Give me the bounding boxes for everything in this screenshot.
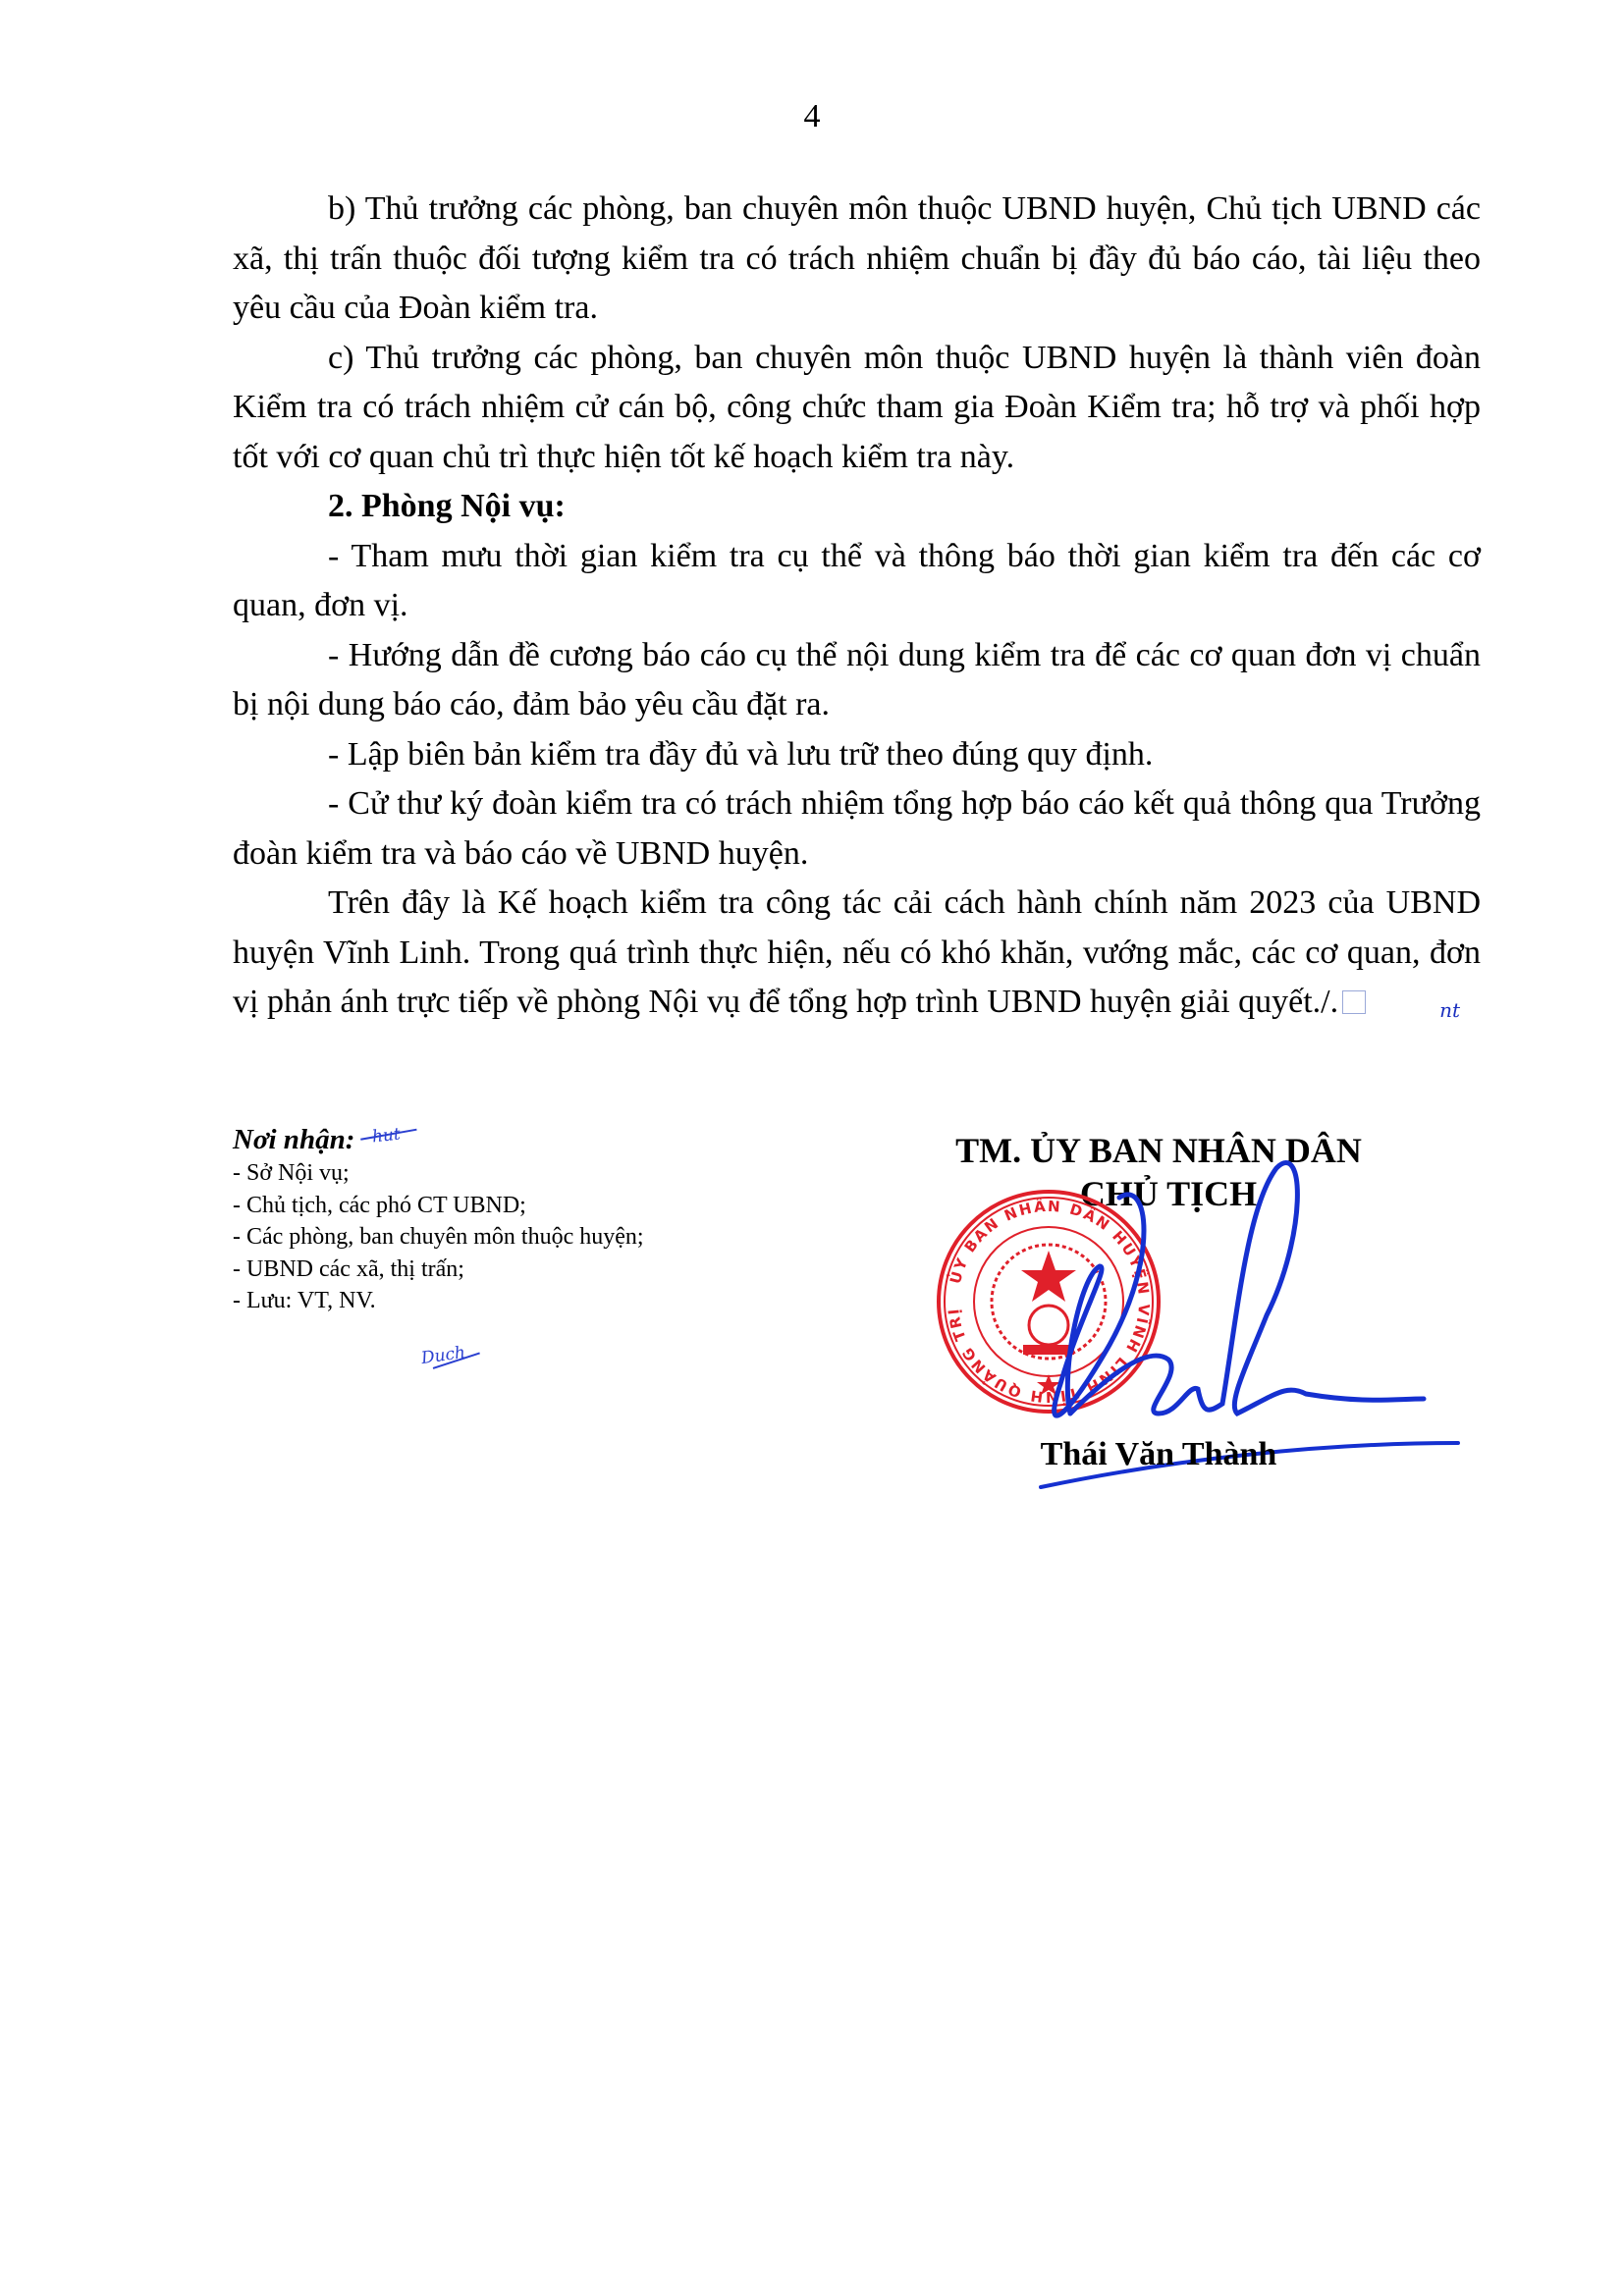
signer-organization: TM. ỦY BAN NHÂN DÂN (884, 1129, 1434, 1172)
bullet-item: - Hướng dẫn đề cương báo cáo cụ thể nội … (233, 631, 1481, 730)
handwritten-initials-icon: hut (370, 1119, 402, 1153)
bullet-item: - Cử thư ký đoàn kiểm tra có trách nhiệm… (233, 779, 1481, 879)
official-seal-icon: ỦY BAN NHÂN DÂN HUYỆN VĨNH LINH TỈNH QUẢ… (935, 1188, 1163, 1415)
recipient-item: - Chủ tịch, các phó CT UBND; (233, 1190, 763, 1222)
bullet-item: - Tham mưu thời gian kiểm tra cụ thể và … (233, 532, 1481, 631)
recipient-item: - Các phòng, ban chuyên môn thuộc huyện; (233, 1221, 763, 1254)
signature-block: TM. ỦY BAN NHÂN DÂN CHỦ TỊCH ỦY BAN NHÂN… (913, 1119, 1463, 1502)
bullet-item: - Lập biên bản kiểm tra đầy đủ và lưu tr… (233, 730, 1481, 780)
signer-name: Thái Văn Thành (884, 1435, 1434, 1474)
initials-mark-icon: nt (1342, 990, 1366, 1014)
section-heading-phong-noi-vu: 2. Phòng Nội vụ: (233, 482, 1481, 532)
initials-mark-text: nt (1344, 986, 1460, 1036)
paragraph-b: b) Thủ trưởng các phòng, ban chuyên môn … (233, 185, 1481, 334)
recipients-block: Nơi nhận: - Sở Nội vụ; - Chủ tịch, các p… (233, 1122, 763, 1317)
closing-text: Trên đây là Kế hoạch kiểm tra công tác c… (233, 884, 1481, 1020)
recipient-item: - UBND các xã, thị trấn; (233, 1254, 763, 1286)
recipient-item: - Sở Nội vụ; (233, 1157, 763, 1190)
paragraph-c: c) Thủ trưởng các phòng, ban chuyên môn … (233, 334, 1481, 483)
recipients-list: - Sở Nội vụ; - Chủ tịch, các phó CT UBND… (233, 1157, 763, 1317)
recipients-label: Nơi nhận: (233, 1122, 763, 1157)
document-body: b) Thủ trưởng các phòng, ban chuyên môn … (233, 185, 1481, 1028)
recipient-item: - Lưu: VT, NV. (233, 1285, 763, 1317)
handwritten-initials-icon: Duch (419, 1337, 467, 1374)
page-number: 4 (0, 98, 1624, 135)
closing-paragraph: Trên đây là Kế hoạch kiểm tra công tác c… (233, 879, 1481, 1028)
